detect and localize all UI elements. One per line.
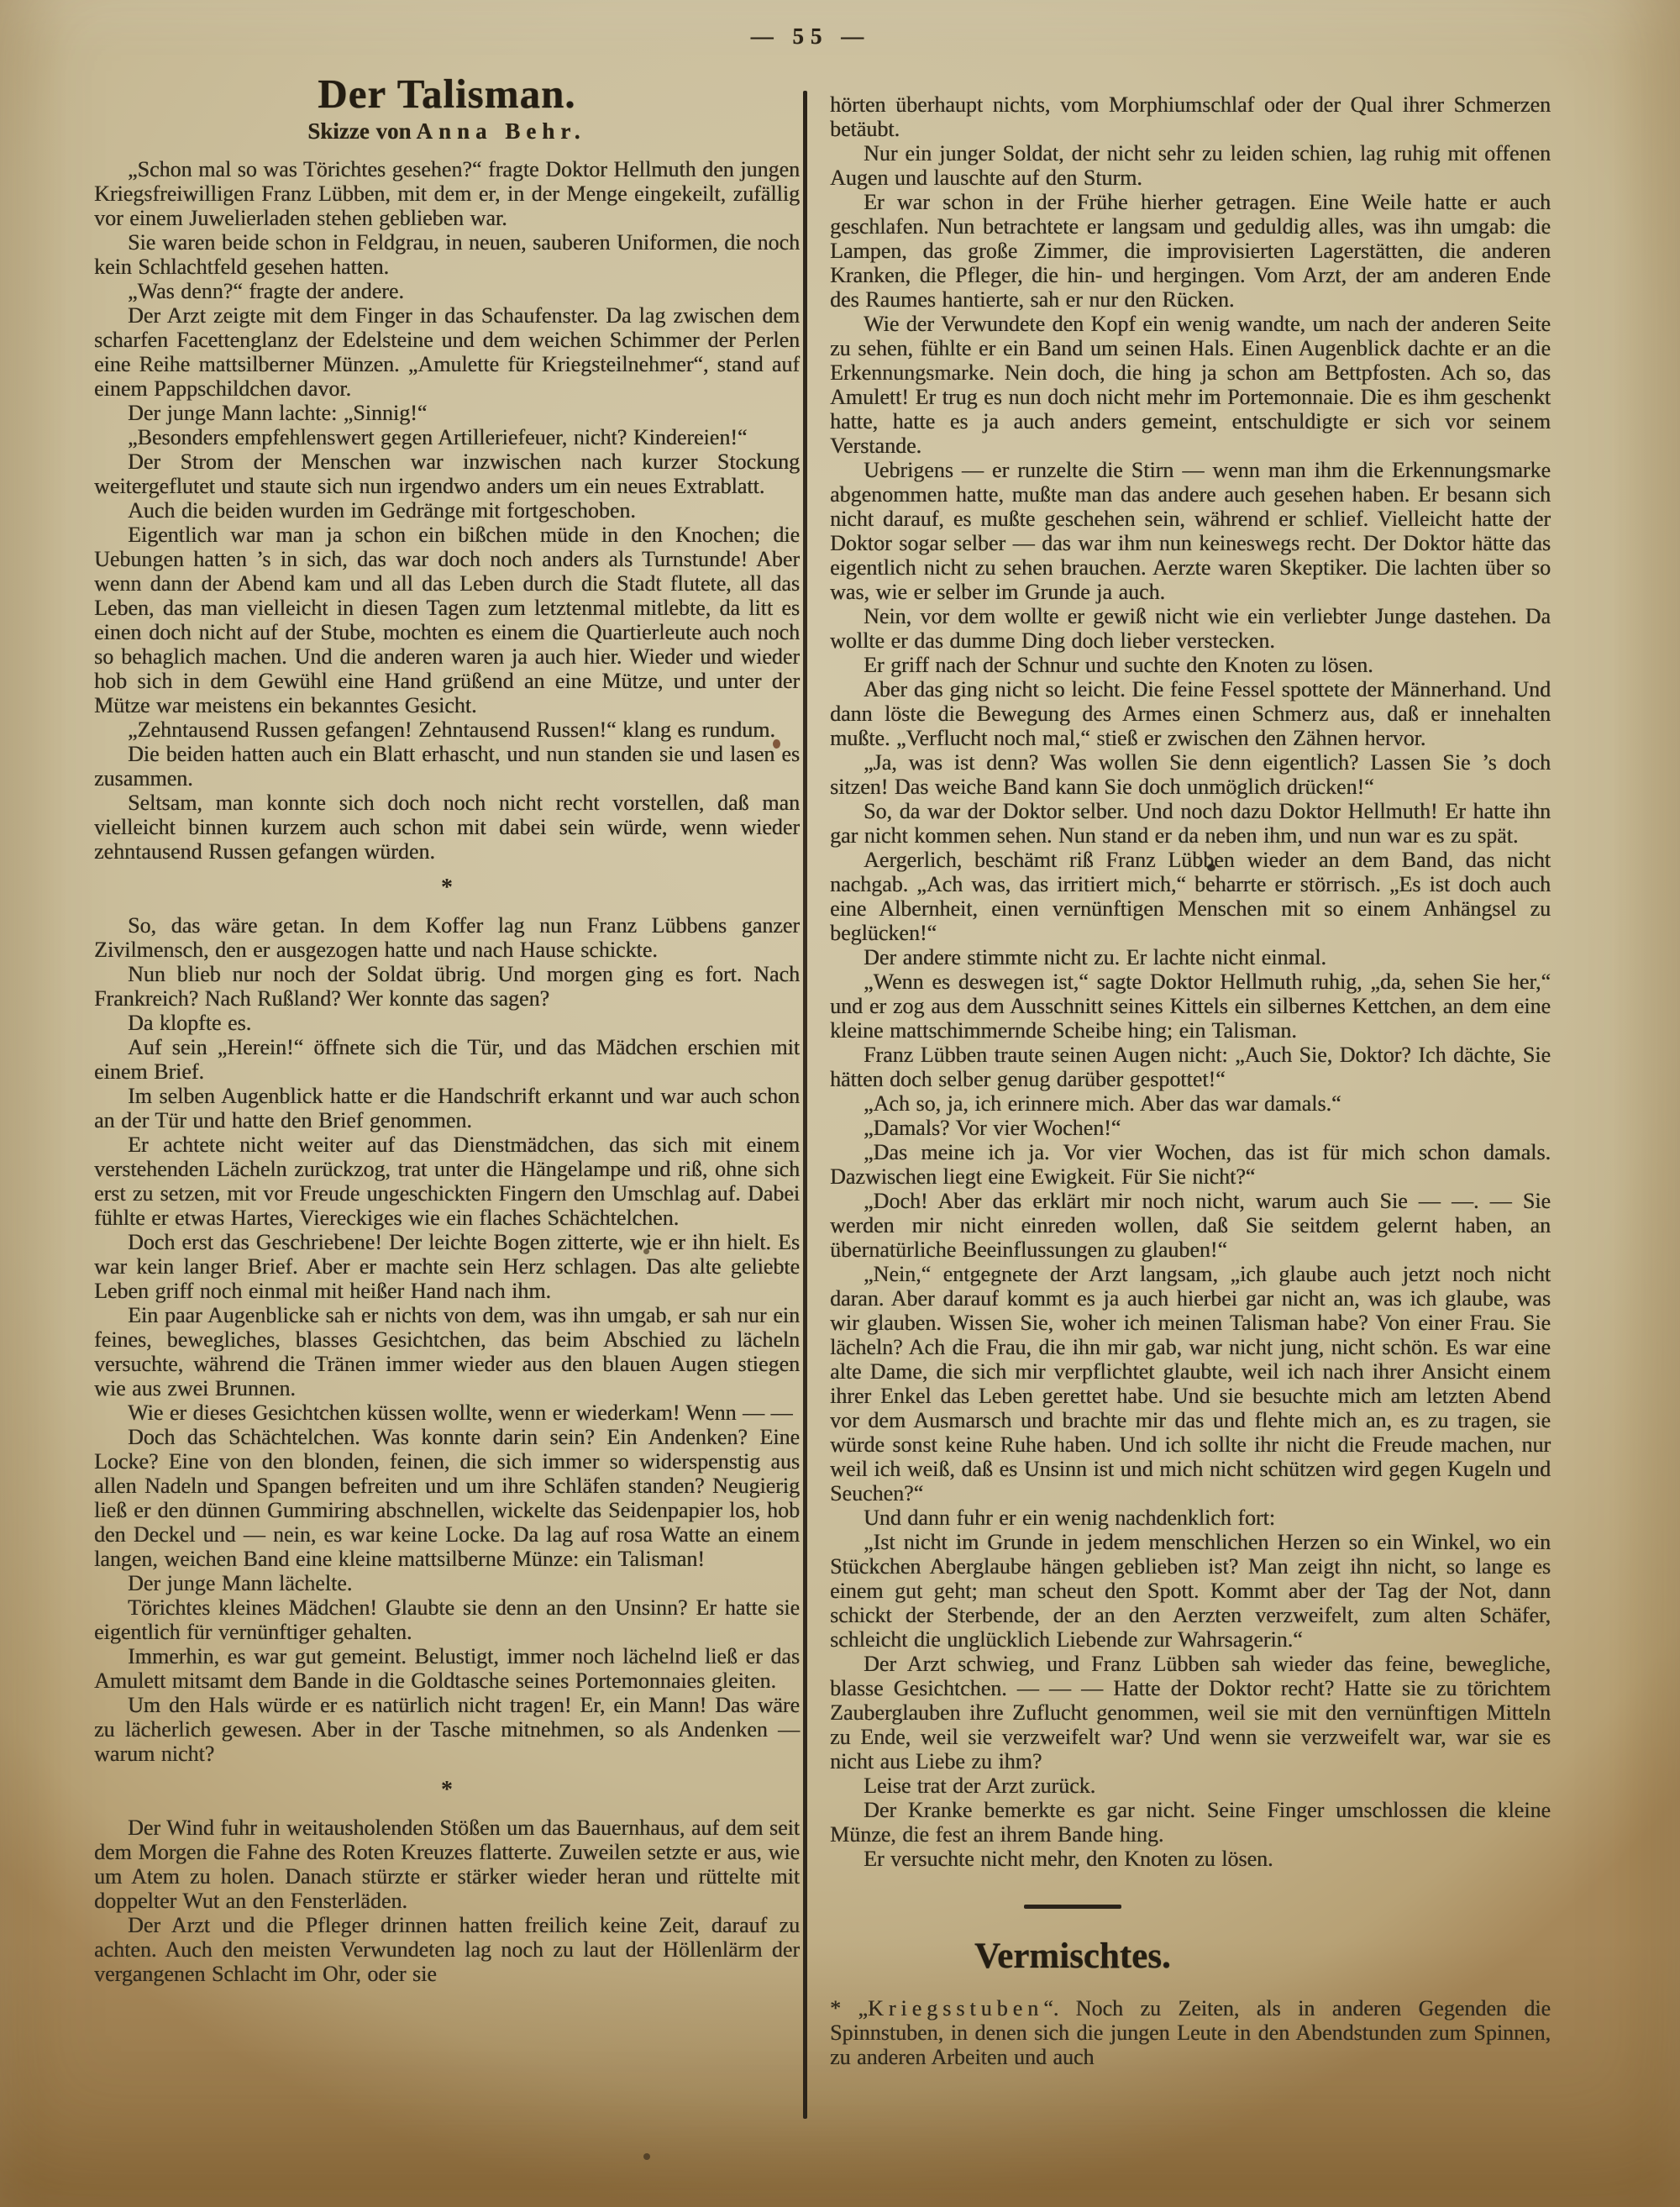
ink-speck xyxy=(773,739,780,749)
story-paragraph: Eigentlich war man ja schon ein bißchen … xyxy=(94,523,800,717)
story-paragraph: Er war schon in der Frühe hierher getrag… xyxy=(830,190,1551,312)
story-paragraph: Er versuchte nicht mehr, den Knoten zu l… xyxy=(830,1847,1551,1871)
story-paragraph: „Ist nicht im Grunde in jedem menschlich… xyxy=(830,1530,1551,1652)
story-text-right: hörten überhaupt nichts, vom Morphiumsch… xyxy=(830,92,1551,1871)
story-paragraph: „Ach so, ja, ich erinnere mich. Aber das… xyxy=(830,1091,1551,1116)
story-paragraph: Sie waren beide schon in Feldgrau, in ne… xyxy=(94,230,800,279)
story-subtitle: Skizze vonAnna Behr. xyxy=(94,119,800,144)
story-paragraph: So, da war der Doktor selber. Und noch d… xyxy=(830,799,1551,848)
section-separator-asterisk: * xyxy=(94,875,800,900)
misc-lead-star: * „ xyxy=(830,1996,868,2020)
story-paragraph: So, das wäre getan. In dem Koffer lag nu… xyxy=(94,913,800,962)
story-paragraph: Törichtes kleines Mädchen! Glaubte sie d… xyxy=(94,1595,800,1644)
story-paragraph: „Das meine ich ja. Vor vier Wochen, das … xyxy=(830,1140,1551,1189)
page-number: — 55 — xyxy=(722,24,899,50)
story-paragraph: Der Arzt schwieg, und Franz Lübben sah w… xyxy=(830,1652,1551,1773)
story-paragraph: „Ja, was ist denn? Was wollen Sie denn e… xyxy=(830,750,1551,799)
story-paragraph: „Was denn?“ fragte der andere. xyxy=(94,279,800,303)
story-paragraph: Der Wind fuhr in weitausholenden Stößen … xyxy=(94,1816,800,1913)
story-paragraph: Der Arzt und die Pfleger drinnen hatten … xyxy=(94,1913,800,1986)
story-paragraph: Nun blieb nur noch der Soldat übrig. Und… xyxy=(94,962,800,1011)
story-column-right: hörten überhaupt nichts, vom Morphiumsch… xyxy=(830,92,1551,2069)
story-paragraph: „Besonders empfehlenswert gegen Artiller… xyxy=(94,425,800,449)
story-paragraph: Nein, vor dem wollte er gewiß nicht wie … xyxy=(830,604,1551,653)
story-paragraph: Aergerlich, beschämt riß Franz Lübben wi… xyxy=(830,848,1551,945)
story-paragraph: „Doch! Aber das erklärt mir noch nicht, … xyxy=(830,1189,1551,1262)
story-paragraph: Und dann fuhr er ein wenig nachdenklich … xyxy=(830,1505,1551,1530)
story-paragraph: „Schon mal so was Törichtes gesehen?“ fr… xyxy=(94,157,800,230)
story-paragraph: „Nein,“ entgegnete der Arzt langsam, „ic… xyxy=(830,1262,1551,1505)
story-paragraph: „Wenn es deswegen ist,“ sagte Doktor Hel… xyxy=(830,970,1551,1043)
story-paragraph: Der junge Mann lächelte. xyxy=(94,1571,800,1595)
story-paragraph: Der junge Mann lachte: „Sinnig!“ xyxy=(94,401,800,425)
story-paragraph: Die beiden hatten auch ein Blatt erhasch… xyxy=(94,742,800,791)
section-separator-asterisk: * xyxy=(94,1778,800,1802)
story-paragraph: „Damals? Vor vier Wochen!“ xyxy=(830,1116,1551,1140)
column-divider-rule xyxy=(803,91,807,2119)
story-paragraph: Der Strom der Menschen war inzwischen na… xyxy=(94,449,800,498)
story-paragraph: Wie der Verwundete den Kopf ein wenig wa… xyxy=(830,312,1551,458)
story-paragraph: Seltsam, man konnte sich doch noch nicht… xyxy=(94,791,800,864)
story-paragraph: „Zehntausend Russen gefangen! Zehntausen… xyxy=(94,717,800,742)
subtitle-prefix: Skizze von xyxy=(307,118,411,144)
story-paragraph: Nur ein junger Soldat, der nicht sehr zu… xyxy=(830,141,1551,190)
story-paragraph: Er achtete nicht weiter auf das Dienstmä… xyxy=(94,1132,800,1230)
story-paragraph: Der Arzt zeigte mit dem Finger in das Sc… xyxy=(94,303,800,401)
ink-speck xyxy=(643,1248,649,1254)
story-paragraph: hörten überhaupt nichts, vom Morphiumsch… xyxy=(830,92,1551,141)
ink-speck xyxy=(1207,864,1215,871)
story-text-left: „Schon mal so was Törichtes gesehen?“ fr… xyxy=(94,157,800,1986)
misc-lead-close: “. xyxy=(1043,1996,1058,2020)
misc-section-title: Vermischtes. xyxy=(712,1937,1433,1976)
section-divider-rule xyxy=(1024,1905,1121,1909)
story-column-left: Der Talisman. Skizze vonAnna Behr. „Scho… xyxy=(94,72,800,1986)
story-paragraph: Da klopfte es. xyxy=(94,1011,800,1035)
story-paragraph: Aber das ging nicht so leicht. Die feine… xyxy=(830,677,1551,750)
story-paragraph: Auf sein „Herein!“ öffnete sich die Tür,… xyxy=(94,1035,800,1084)
ink-speck xyxy=(643,2153,650,2160)
story-paragraph: Der Kranke bemerkte es gar nicht. Seine … xyxy=(830,1798,1551,1847)
author-name: Anna Behr. xyxy=(412,118,586,144)
story-paragraph: Wie er dieses Gesichtchen küssen wollte,… xyxy=(94,1400,800,1425)
story-title: Der Talisman. xyxy=(94,72,800,116)
story-paragraph: Im selben Augenblick hatte er die Handsc… xyxy=(94,1084,800,1132)
story-paragraph: Er griff nach der Schnur und suchte den … xyxy=(830,653,1551,677)
story-paragraph: Uebrigens — er runzelte die Stirn — wenn… xyxy=(830,458,1551,604)
story-paragraph: Der andere stimmte nicht zu. Er lachte n… xyxy=(830,945,1551,970)
story-paragraph: Doch erst das Geschriebene! Der leichte … xyxy=(94,1230,800,1303)
story-paragraph: Leise trat der Arzt zurück. xyxy=(830,1773,1551,1798)
misc-lead-keyword: Kriegsstuben xyxy=(868,1996,1043,2020)
newspaper-page: — 55 — Der Talisman. Skizze vonAnna Behr… xyxy=(0,0,1680,2207)
story-paragraph: Um den Hals würde er es natürlich nicht … xyxy=(94,1693,800,1766)
misc-paragraph: * „Kriegsstuben“. Noch zu Zeiten, als in… xyxy=(830,1996,1551,2069)
story-paragraph: Auch die beiden wurden im Gedränge mit f… xyxy=(94,498,800,523)
story-paragraph: Franz Lübben traute seinen Augen nicht: … xyxy=(830,1043,1551,1091)
story-paragraph: Ein paar Augenblicke sah er nichts von d… xyxy=(94,1303,800,1400)
story-paragraph: Immerhin, es war gut gemeint. Belustigt,… xyxy=(94,1644,800,1693)
story-paragraph: Doch das Schächtelchen. Was konnte darin… xyxy=(94,1425,800,1571)
